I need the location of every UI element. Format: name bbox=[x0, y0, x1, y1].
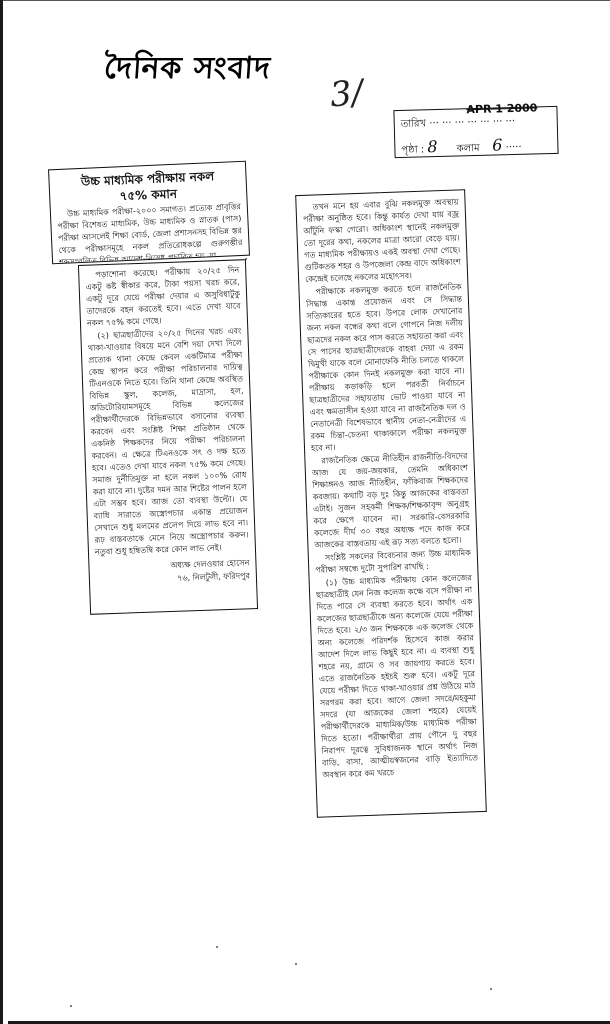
page-value: 8 bbox=[427, 137, 438, 156]
page-column-row: পৃষ্ঠা : 8 কলাম 6 ····· bbox=[401, 135, 522, 160]
scan-speck bbox=[490, 988, 492, 990]
col3-paragraph: (১) উচ্চ মাধ্যমিক পরীক্ষায় কোন কলেজের ছ… bbox=[316, 572, 479, 781]
date-label: তারিখ bbox=[401, 118, 427, 130]
column-dots: ····· bbox=[506, 142, 522, 153]
date-row: তারিখ ··· ··· ··· ··· ··· ··· ··· bbox=[401, 114, 516, 134]
newspaper-masthead: দৈনিক সংবাদ bbox=[102, 44, 272, 95]
scan-speck bbox=[245, 258, 247, 260]
date-dots: ··· ··· ··· ··· ··· ··· ··· bbox=[429, 116, 515, 129]
scan-speck bbox=[70, 1005, 72, 1007]
col3-paragraph: তখন মনে হয় এবার বুঝি নকলমুক্ত অবস্থায় … bbox=[302, 196, 461, 285]
col2-paragraph: পড়াশোনা করেছে। পরীক্ষায় ২০/২৫ দিন একটু… bbox=[85, 264, 241, 329]
column-spacer-2 bbox=[483, 143, 490, 154]
scan-edge-top bbox=[0, 0, 610, 1]
article-intro: উচ্চ মাধ্যমিক পরীক্ষা-২০০০ সমাগত। প্রত্য… bbox=[57, 201, 243, 264]
column-spacer bbox=[441, 144, 454, 155]
column-value: 6 bbox=[492, 135, 503, 154]
date-stamp: APR 1 2000 তারিখ ··· ··· ··· ··· ··· ···… bbox=[393, 106, 558, 158]
col3-paragraph: রাজনৈতিক ক্ষেত্রে নীতিহীন রাজনীতি-বিদদের… bbox=[311, 450, 470, 551]
col2-paragraph: (২) ছাত্রছাত্রীদের ২০/২৫ দিনের খরচ এবং থ… bbox=[87, 325, 249, 558]
clipping-column-3: তখন মনে হয় এবার বুঝি নকলমুক্ত অবস্থায় … bbox=[295, 189, 487, 818]
handwritten-page-mark: 3/ bbox=[328, 72, 365, 115]
col3-paragraph: পরীক্ষাকে নকলমুক্ত করতে হলে রাজনৈতিক সিদ… bbox=[305, 281, 467, 454]
column-label: কলাম bbox=[457, 143, 480, 155]
scan-speck bbox=[295, 963, 297, 965]
scan-edge-left bbox=[0, 0, 3, 1024]
scan-speck bbox=[216, 946, 218, 948]
clipping-column-2: পড়াশোনা করেছে। পরীক্ষায় ২০/২৫ দিন একটু… bbox=[78, 259, 258, 615]
clipping-headline-intro: উচ্চ মাধ্যমিক পরীক্ষায় নকল ৭৫% কমান উচ্… bbox=[48, 161, 250, 265]
page-label: পৃষ্ঠা bbox=[401, 145, 417, 156]
